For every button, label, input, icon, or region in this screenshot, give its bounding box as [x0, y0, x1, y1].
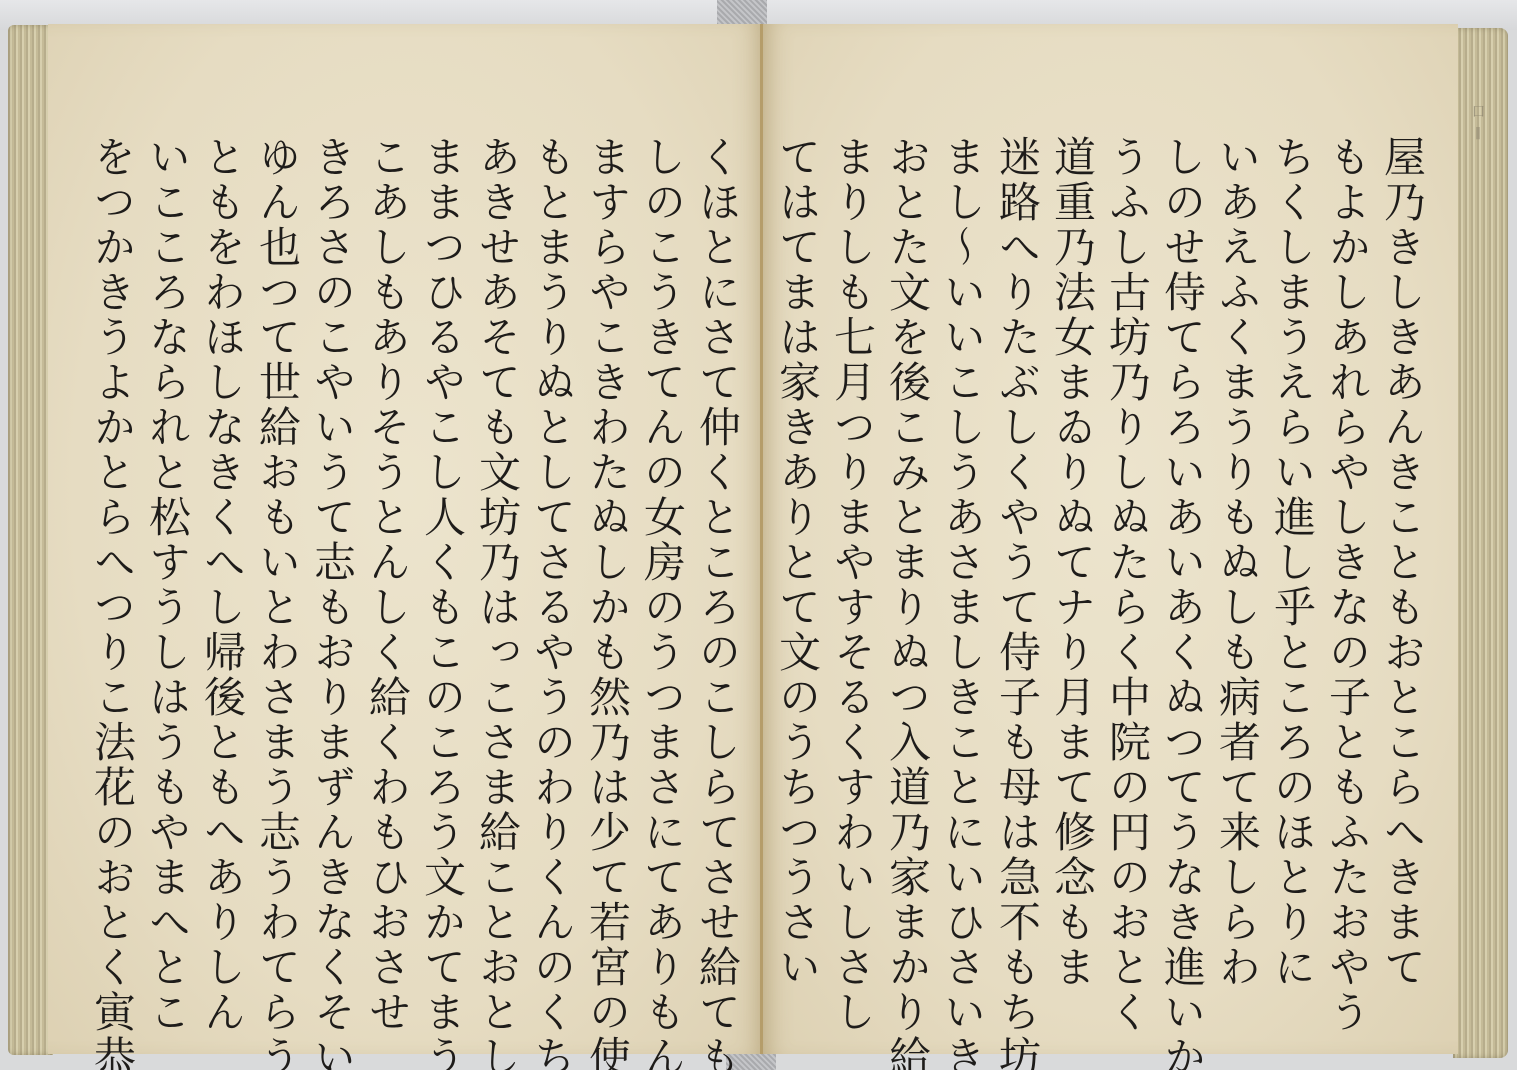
text-column: をつかきうよかとらへつりこ法花のおとく寅恭も — [85, 135, 140, 985]
text-column: ゆん也つて世給おもいとわさまう志うわてらうこ — [250, 135, 305, 985]
text-column: てはてまは家きありとて文のうちつうさい — [770, 135, 825, 985]
text-column: もよかしあれらやしきなの子ともふたおやう — [1320, 135, 1375, 985]
text-column: 屋乃きしきあんきこともおとこらへきまて — [1375, 135, 1430, 985]
text-column: おとた文を後こみとまりぬつ入道乃家まかり給 — [880, 135, 935, 985]
text-column: こあしもありそうとんしく給くわもひおさせ — [360, 135, 415, 985]
page-edges-left — [8, 25, 53, 1055]
page-edges-right — [1453, 28, 1508, 1058]
text-column: ちくしまうえらい進し乎ところのほとりに — [1265, 135, 1320, 985]
bookmark-ribbon-top — [717, 0, 767, 25]
text-column: 道重乃法女まゐりぬてナり月まて修念もま — [1045, 135, 1100, 985]
book-gutter — [760, 24, 763, 1054]
text-column: しのせ侍てらろいあいあくぬつてうなき進いかん — [1155, 135, 1210, 985]
text-column: いあえふくまうりもぬしも病者て来しらわ — [1210, 135, 1265, 985]
edge-mark: 囗 ‖ — [1470, 105, 1487, 141]
text-column: しのこうきてんの女房のうつまさにてありもんや — [635, 135, 690, 985]
text-column: いこころなられと松すうしはうもやまへとこ — [140, 135, 195, 985]
text-column: ままつひるやこし人くもこのころう文かてまうう — [415, 135, 470, 985]
text-column: きろさのこやいうて志もおりまずんきなくそい — [305, 135, 360, 985]
text-column: ますらやこきわたぬしかも然乃は少て若宮の使 — [580, 135, 635, 985]
text-column: うふし古坊乃りしぬたらく中院の円のおとく — [1100, 135, 1155, 985]
left-page-text: くほとにさて仲くところのこしらてさせ給てもち しのこうきてんの女房のうつまさにて… — [85, 135, 745, 985]
text-column: まりしも七月つりまやすそるくすわいしさし — [825, 135, 880, 985]
right-page-text: 屋乃きしきあんきこともおとこらへきまて もよかしあれらやしきなの子ともふたおやう… — [790, 135, 1430, 985]
text-column: あきせあそても文坊乃はっこさま給ことおとしやさ — [470, 135, 525, 985]
text-column: くほとにさて仲くところのこしらてさせ給てもち — [690, 135, 745, 985]
text-column: まし〜いいこしうあさましきことにいひさいき志 — [935, 135, 990, 985]
text-column: もとまうりぬとしてさるやうのわりくんのくちさう — [525, 135, 580, 985]
text-column: ともをわほしなきくへし帰後ともへありしん — [195, 135, 250, 985]
text-column: 迷路へりたぶしくやうて侍子も母は急不もち坊ぬ — [990, 135, 1045, 985]
